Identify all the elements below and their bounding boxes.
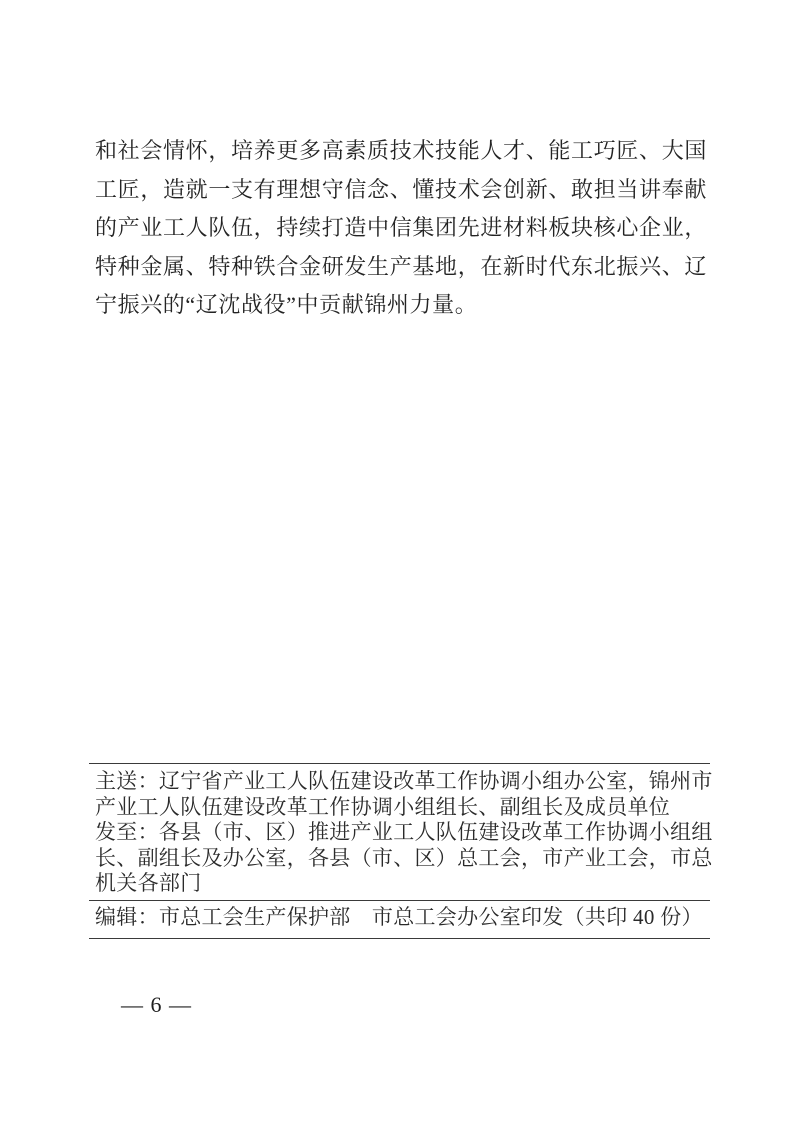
editor-line: 编辑：市总工会生产保护部 市总工会办公室印发（共印 40 份） — [95, 901, 710, 938]
body-text-line: 宁振兴的“辽沈战役”中贡献锦州力量。 — [95, 286, 707, 325]
body-text-line: 工匠，造就一支有理想守信念、懂技术会创新、敢担当讲奉献 — [95, 171, 707, 210]
body-text-line: 特种金属、特种铁合金研发生产基地，在新时代东北振兴、辽 — [95, 248, 707, 287]
send-to-line: 发至：各县（市、区）推进产业工人队伍建设改革工作协调小组组 — [95, 820, 710, 846]
main-send-line: 产业工人队伍建设改革工作协调小组组长、副组长及成员单位 — [95, 795, 710, 821]
body-text-line: 和社会情怀，培养更多高素质技术技能人才、能工巧匠、大国 — [95, 132, 707, 171]
body-paragraph: 和社会情怀，培养更多高素质技术技能人才、能工巧匠、大国 工匠，造就一支有理想守信… — [95, 132, 707, 325]
send-to-line: 长、副组长及办公室，各县（市、区）总工会，市产业工会，市总 — [95, 846, 710, 872]
document-page: 和社会情怀，培养更多高素质技术技能人才、能工巧匠、大国 工匠，造就一支有理想守信… — [0, 0, 794, 1123]
page-number: — 6 — — [121, 993, 192, 1017]
distribution-footer: 主送：辽宁省产业工人队伍建设改革工作协调小组办公室，锦州市 产业工人队伍建设改革… — [89, 763, 710, 939]
send-to-line: 机关各部门 — [95, 871, 710, 897]
distribution-lists: 主送：辽宁省产业工人队伍建设改革工作协调小组办公室，锦州市 产业工人队伍建设改革… — [95, 764, 710, 897]
body-text-line: 的产业工人队伍，持续打造中信集团先进材料板块核心企业， — [95, 209, 707, 248]
main-send-line: 主送：辽宁省产业工人队伍建设改革工作协调小组办公室，锦州市 — [95, 769, 710, 795]
